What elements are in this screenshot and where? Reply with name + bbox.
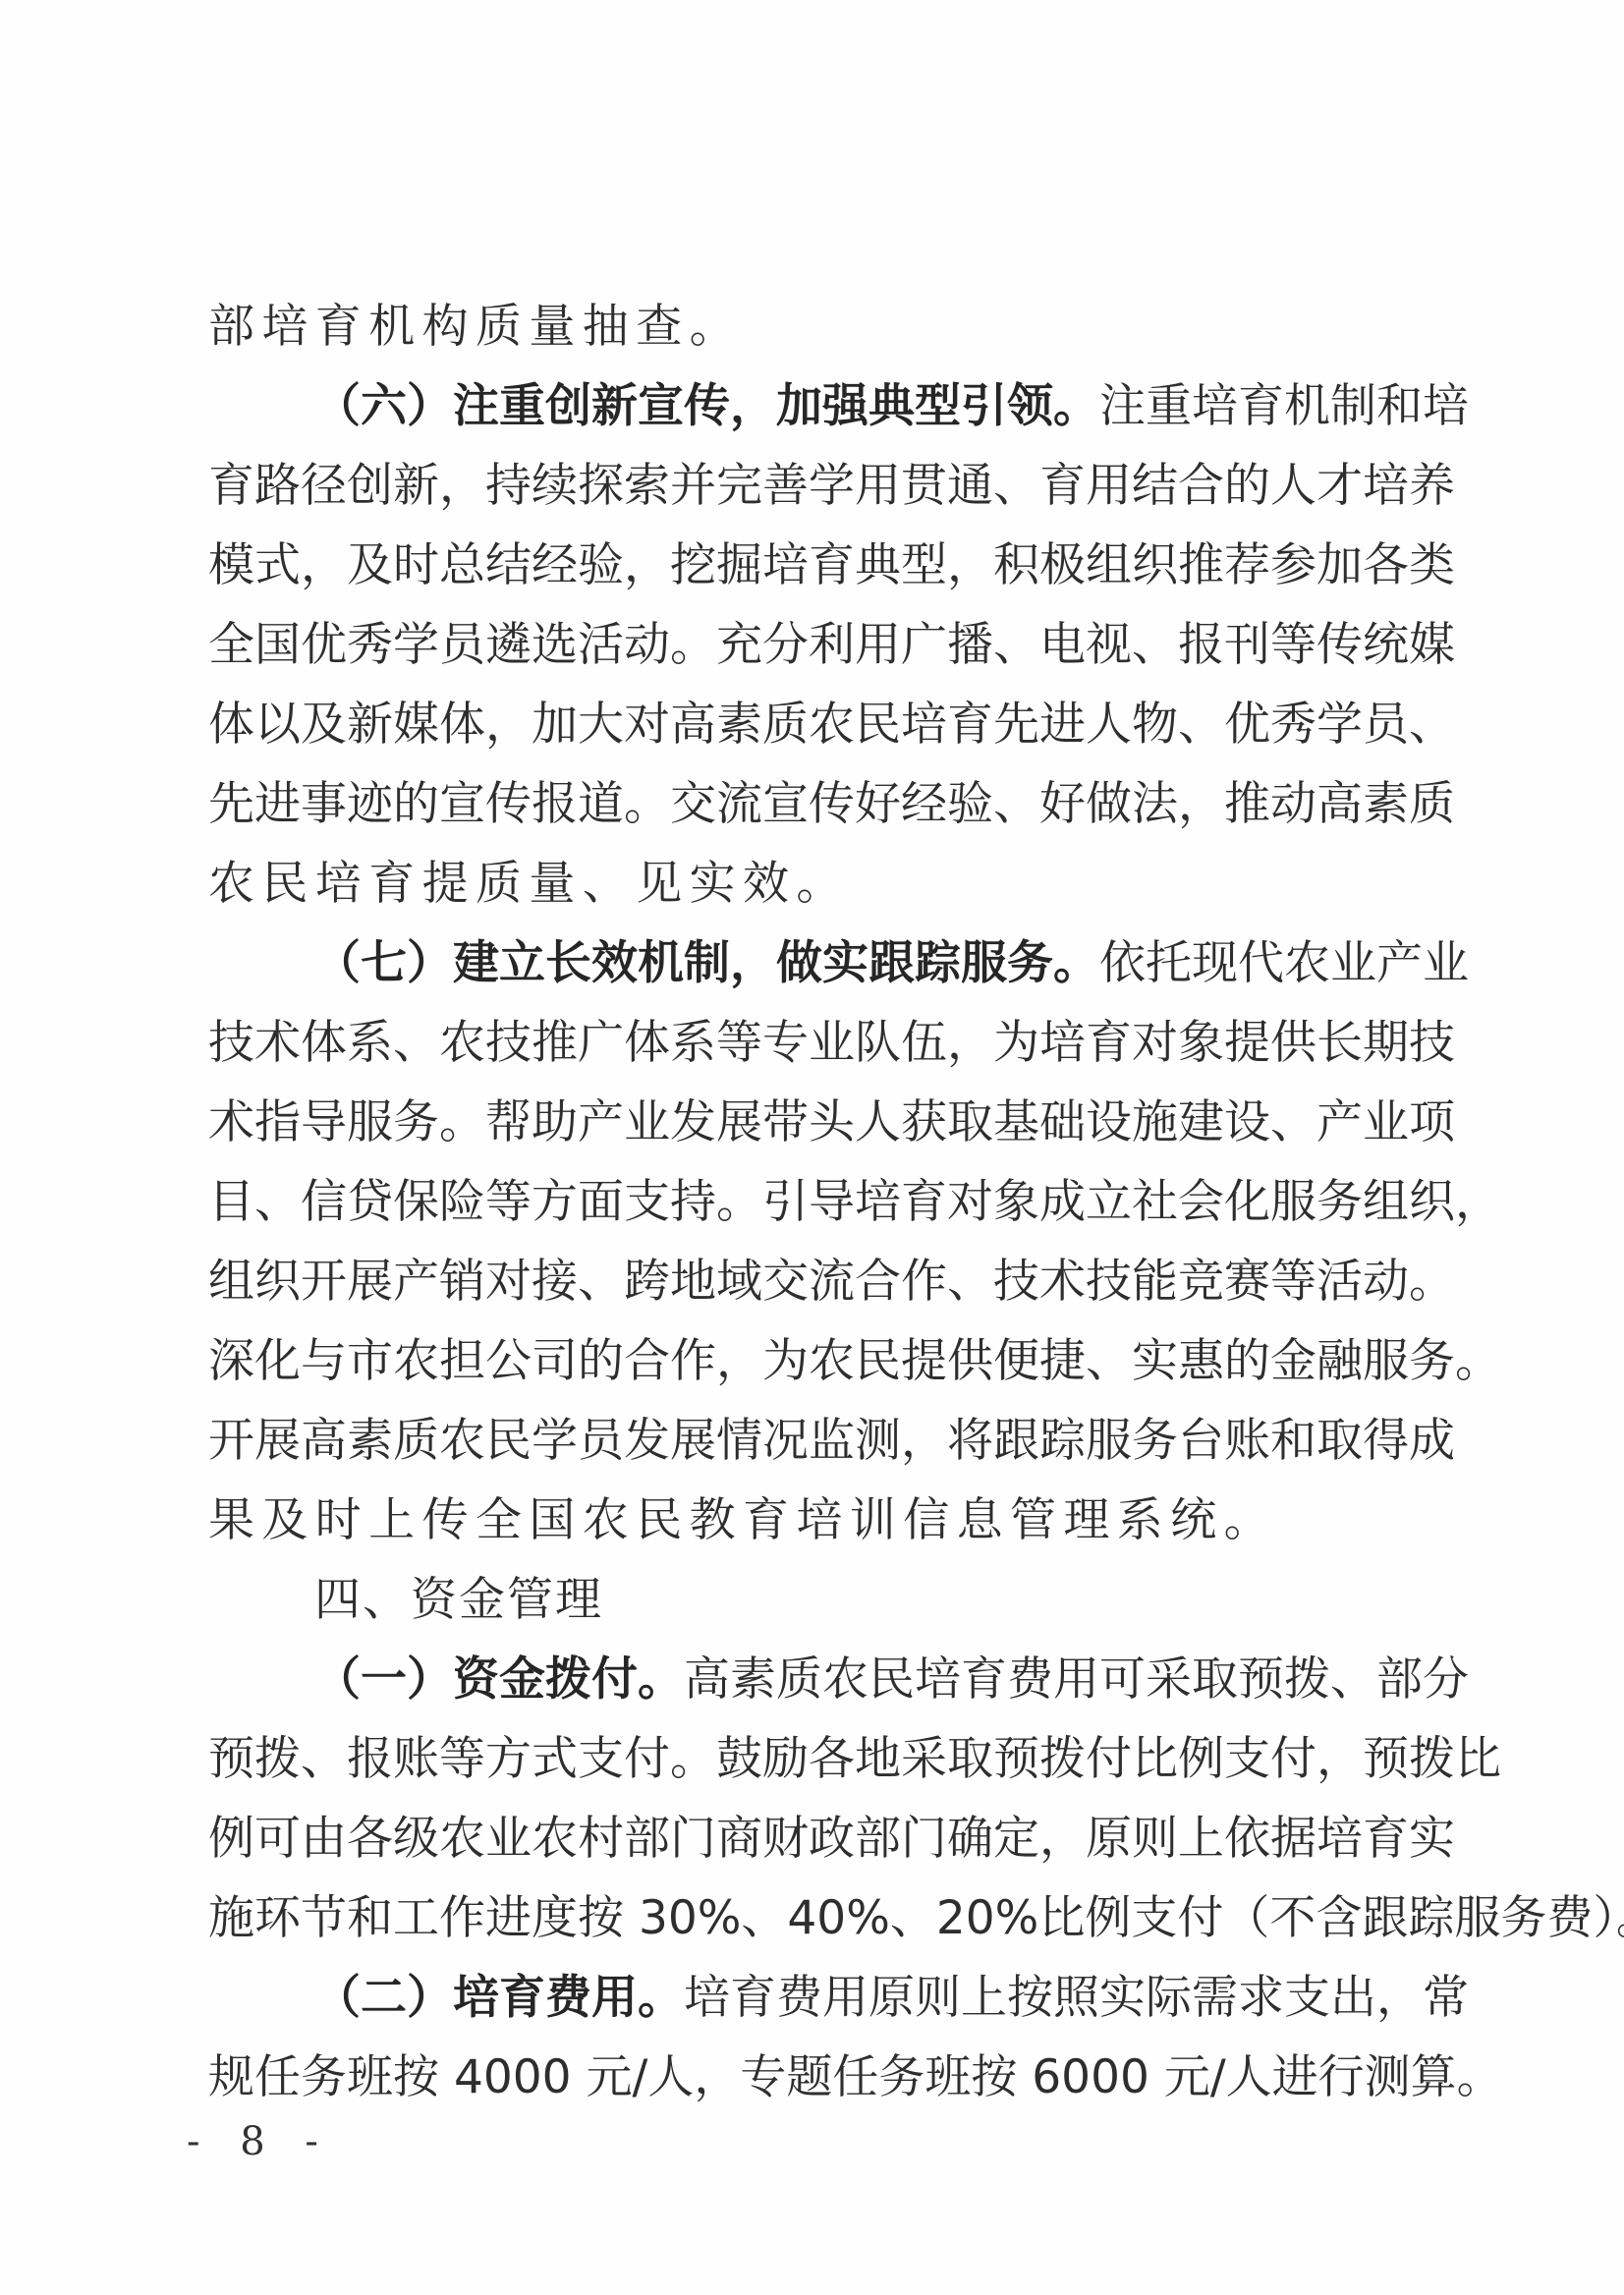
paragraph-line: 模式，及时总结经验，挖掘培育典型，积极组织推荐参加各类 [208,536,1412,595]
body-text: 果及时上传全国农民教育培训信息管理系统。 [208,1493,1277,1547]
subsection-two-title: （二）培育费用。 [314,1971,684,2025]
body-text: 体以及新媒体，加大对高素质农民培育先进人物、优秀学员、 [208,698,1455,752]
section-six-title: （六）注重创新宣传，加强典型引领。 [314,379,1099,433]
page-number: - 8 - [187,2117,332,2166]
body-text: 先进事迹的宣传报道。交流宣传好经验、好做法，推动高素质 [208,777,1455,831]
paragraph-line: 技术体系、农技推广体系等专业队伍，为培育对象提供长期技 [208,1014,1412,1073]
section-four-heading: 四、资金管理 [314,1571,1412,1630]
paragraph-line: 先进事迹的宣传报道。交流宣传好经验、好做法，推动高素质 [208,775,1412,834]
paragraph-line: 施环节和工作进度按 30%、40%、20%比例支付（不含跟踪服务费）。 [208,1889,1412,1948]
body-text: 依托现代农业产业 [1099,936,1469,990]
body-text: 开展高素质农民学员发展情况监测，将跟踪服务台账和取得成 [208,1414,1455,1468]
section-six-heading-line: （六）注重创新宣传，加强典型引领。注重培育机制和培 [314,377,1412,436]
section-seven-title: （七）建立长效机制，做实跟踪服务。 [314,936,1099,990]
subsection-one-title: （一）资金拨付。 [314,1652,684,1707]
body-text: 注重培育机制和培 [1099,379,1469,433]
paragraph-line: 体以及新媒体，加大对高素质农民培育先进人物、优秀学员、 [208,696,1412,755]
paragraph-line: 果及时上传全国农民教育培训信息管理系统。 [208,1491,1412,1550]
paragraph-line: 开展高素质农民学员发展情况监测，将跟踪服务台账和取得成 [208,1412,1412,1471]
body-text: 部培育机构质量抽查。 [208,300,743,354]
paragraph-line: 目、信贷保险等方面支持。引导培育对象成立社会化服务组织， [208,1173,1412,1232]
body-text: 育路径创新，持续探索并完善学用贯通、育用结合的人才培养 [208,459,1455,513]
body-text: 预拨、报账等方式支付。鼓励各地采取预拨付比例支付，预拨比 [208,1732,1501,1786]
body-text: 模式，及时总结经验，挖掘培育典型，积极组织推荐参加各类 [208,538,1455,592]
body-text: 例可由各级农业农村部门商财政部门确定，原则上依据培育实 [208,1812,1455,1866]
paragraph-line: 农民培育提质量、见实效。 [208,855,1412,914]
section-seven-heading-line: （七）建立长效机制，做实跟踪服务。依托现代农业产业 [314,934,1412,993]
paragraph-line: 组织开展产销对接、跨地域交流合作、技术技能竞赛等活动。 [208,1253,1412,1312]
paragraph-line: 术指导服务。帮助产业发展带头人获取基础设施建设、产业项 [208,1093,1412,1152]
paragraph-line: 深化与市农担公司的合作，为农民提供便捷、实惠的金融服务。 [208,1332,1412,1391]
document-page: 部培育机构质量抽查。 （六）注重创新宣传，加强典型引领。注重培育机制和培 育路径… [0,0,1624,2295]
paragraph-line: 例可由各级农业农村部门商财政部门确定，原则上依据培育实 [208,1810,1412,1869]
paragraph-line: 部培育机构质量抽查。 [208,298,1412,357]
fund-management-heading: 四、资金管理 [314,1573,603,1627]
body-text: 农民培育提质量、见实效。 [208,857,850,911]
body-text: 施环节和工作进度按 30%、40%、20%比例支付（不含跟踪服务费）。 [208,1891,1624,1945]
paragraph-line: 规任务班按 4000 元/人，专题任务班按 6000 元/人进行测算。 [208,2048,1412,2107]
body-text: 技术体系、农技推广体系等专业队伍，为培育对象提供长期技 [208,1016,1455,1070]
body-text: 规任务班按 4000 元/人，专题任务班按 6000 元/人进行测算。 [208,2050,1503,2104]
body-text: 高素质农民培育费用可采取预拨、部分 [684,1652,1469,1707]
body-text: 目、信贷保险等方面支持。引导培育对象成立社会化服务组织， [208,1175,1501,1229]
body-text: 组织开展产销对接、跨地域交流合作、技术技能竞赛等活动。 [208,1255,1455,1309]
paragraph-line: 育路径创新，持续探索并完善学用贯通、育用结合的人才培养 [208,457,1412,516]
paragraph-line: 预拨、报账等方式支付。鼓励各地采取预拨付比例支付，预拨比 [208,1730,1412,1789]
body-text: 术指导服务。帮助产业发展带头人获取基础设施建设、产业项 [208,1095,1455,1149]
paragraph-line: 全国优秀学员遴选活动。充分利用广播、电视、报刊等传统媒 [208,616,1412,675]
body-text: 全国优秀学员遴选活动。充分利用广播、电视、报刊等传统媒 [208,618,1455,672]
body-text: 深化与市农担公司的合作，为农民提供便捷、实惠的金融服务。 [208,1334,1501,1388]
subsection-two-heading-line: （二）培育费用。培育费用原则上按照实际需求支出，常 [314,1969,1412,2028]
body-text: 培育费用原则上按照实际需求支出，常 [684,1971,1469,2025]
subsection-one-heading-line: （一）资金拨付。高素质农民培育费用可采取预拨、部分 [314,1651,1412,1709]
